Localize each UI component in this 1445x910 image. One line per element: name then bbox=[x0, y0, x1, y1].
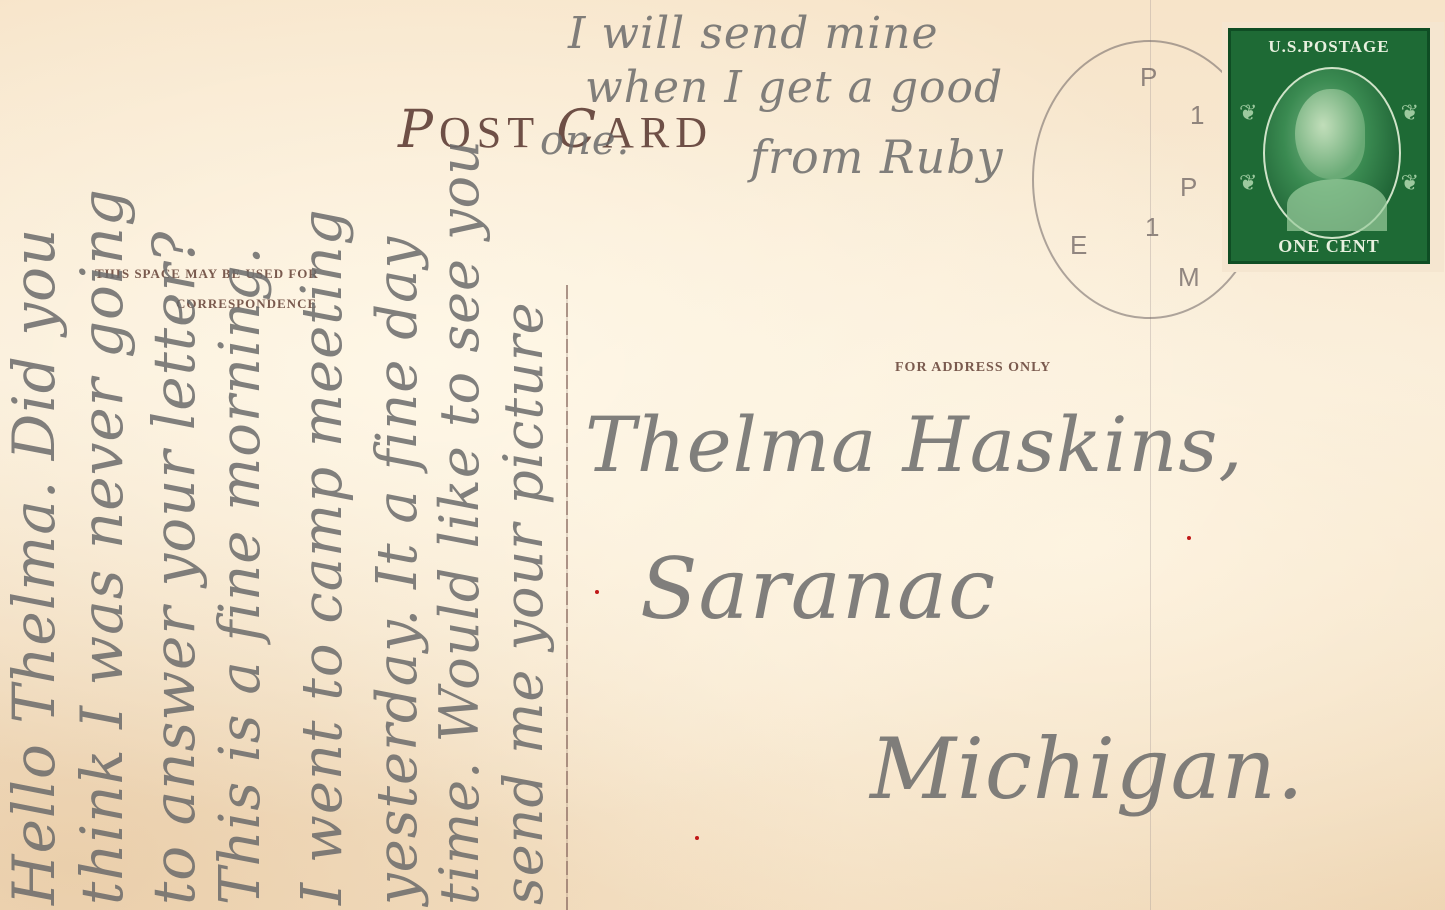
laurel-left-icon: ❦ bbox=[1239, 171, 1257, 196]
portrait-head bbox=[1295, 89, 1365, 179]
divider-line bbox=[566, 285, 568, 910]
top-note-line-1: I will send mine bbox=[568, 8, 939, 59]
message-line-3: to answer your letter? bbox=[140, 231, 208, 905]
portrait-shoulder bbox=[1287, 179, 1387, 231]
message-line-6: yesterday. It a fine day bbox=[365, 236, 430, 905]
stamp-top-text: U.S.POSTAGE bbox=[1231, 37, 1427, 57]
stamp-portrait bbox=[1263, 67, 1401, 239]
postcard-back: POST CARD THIS SPACE MAY BE USED FOR COR… bbox=[0, 0, 1445, 910]
postage-stamp: U.S.POSTAGE ❦ ❦ ❦ ❦ ONE CENT bbox=[1222, 22, 1444, 272]
message-line-1: Hello Thelma. Did you bbox=[0, 228, 68, 905]
message-line-4: This is a fine morning. bbox=[208, 246, 273, 905]
top-note-line-3: one. bbox=[540, 118, 630, 164]
ink-speck bbox=[695, 836, 699, 840]
address-label: FOR ADDRESS ONLY bbox=[895, 360, 1051, 376]
address-state: Michigan. bbox=[870, 720, 1305, 818]
message-line-7: time. Would like to see you bbox=[428, 139, 491, 905]
top-note-signature: from Ruby bbox=[750, 130, 1004, 184]
message-line-2: think I was never going bbox=[68, 188, 136, 905]
ink-speck bbox=[595, 590, 599, 594]
laurel-right-icon: ❦ bbox=[1401, 101, 1419, 126]
laurel-left-icon: ❦ bbox=[1239, 101, 1257, 126]
top-note-line-2: when I get a good bbox=[585, 62, 1003, 113]
ink-speck bbox=[1187, 536, 1191, 540]
address-city: Saranac bbox=[640, 540, 996, 638]
message-line-5: I went to camp meeting bbox=[290, 208, 355, 905]
message-line-8: send me your picture bbox=[492, 301, 555, 905]
laurel-right-icon: ❦ bbox=[1401, 171, 1419, 196]
address-name: Thelma Haskins, bbox=[585, 400, 1244, 489]
stamp-bottom-text: ONE CENT bbox=[1231, 236, 1427, 257]
